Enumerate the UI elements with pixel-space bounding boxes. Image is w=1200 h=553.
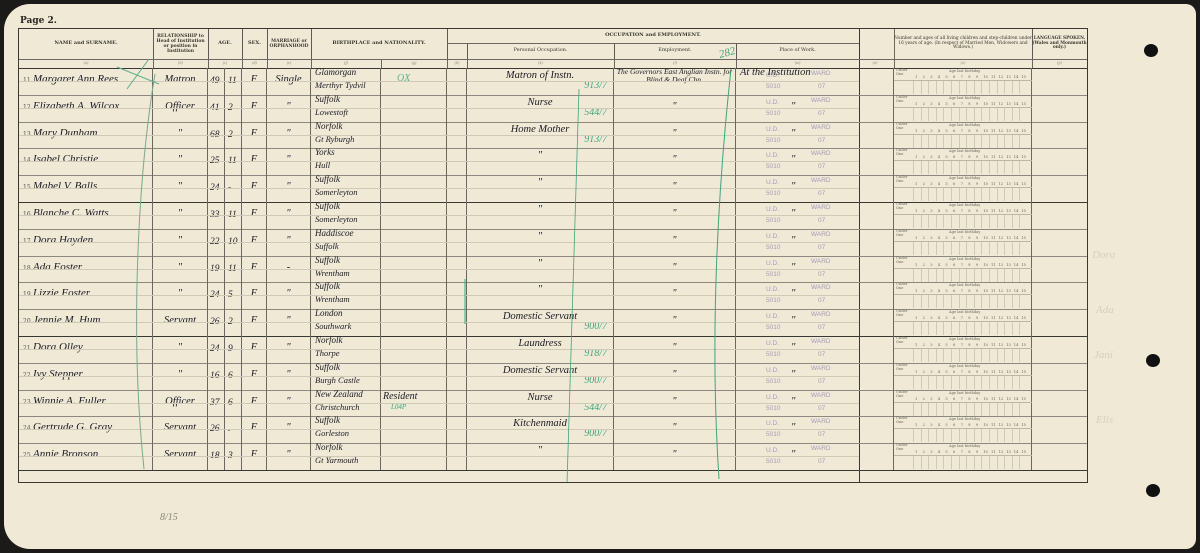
child-age-col: 5 [945,182,947,186]
child-age-col: 3 [930,316,932,320]
child-age-col: 5 [945,102,947,106]
child-age-col: 4 [938,155,940,159]
child-age-col: 9 [976,289,978,293]
blank-n-cell [856,416,894,443]
child-age-col: 9 [976,450,978,454]
child-age-col: 9 [976,316,978,320]
under-one-label: Under One [896,69,910,77]
child-age-col: 8 [968,370,970,374]
child-age-col: 15 [1021,102,1026,106]
children-row: Under One Age last birthday 123456789101… [856,282,1087,310]
child-age-col: 9 [976,182,978,186]
child-age-col: 8 [968,75,970,79]
language-cell [1032,175,1087,202]
binder-hole [1146,484,1160,497]
child-age-col: 11 [991,289,996,293]
child-age-col: 15 [1021,155,1026,159]
census-page: Page 2. Dora Ada Jani Elis NAME and SURN… [4,4,1196,549]
child-age-col: 9 [976,397,978,401]
child-age-col: 8 [968,102,970,106]
child-age-col: 10 [983,75,988,79]
blank-n-cell [856,175,894,202]
child-age-col: 6 [953,370,955,374]
age-last-birthday-label: Age last birthday [949,364,980,368]
children-ages-cell: Under One Age last birthday 123456789101… [894,256,1032,283]
bleed-through-text: Ada [1096,304,1114,316]
child-age-col: 1 [915,155,917,159]
children-ages-cell: Under One Age last birthday 123456789101… [894,229,1032,256]
children-ages-cell: Under One Age last birthday 123456789101… [894,443,1032,470]
child-age-col: 5 [945,263,947,267]
child-age-col: 4 [938,370,940,374]
child-age-col: 7 [961,289,963,293]
age-last-birthday-label: Age last birthday [949,96,980,100]
child-age-col: 5 [945,129,947,133]
child-age-col: 11 [991,182,996,186]
child-age-col: 11 [991,155,996,159]
language-cell [1032,416,1087,443]
age-last-birthday-label: Age last birthday [949,176,980,180]
under-one-label: Under One [896,257,910,265]
child-age-col: 11 [991,370,996,374]
blank-n-cell [856,95,894,122]
child-age-col: 9 [976,343,978,347]
child-age-col: 6 [953,155,955,159]
age-last-birthday-label: Age last birthday [949,69,980,73]
child-age-col: 3 [930,263,932,267]
blank-n-cell [856,390,894,417]
language-cell [1032,336,1087,363]
child-age-col: 14 [1014,343,1019,347]
children-row: Under One Age last birthday 123456789101… [856,229,1087,257]
child-age-col: 2 [923,102,925,106]
child-age-col: 9 [976,129,978,133]
child-age-col: 2 [923,75,925,79]
child-age-col: 8 [968,423,970,427]
under-one-label: Under One [896,391,910,399]
header-blank-n [856,29,895,59]
header-language: LANGUAGE SPOKEN. (Wales and Monmouth onl… [1032,29,1087,59]
child-age-col: 2 [923,423,925,427]
children-ages-cell: Under One Age last birthday 123456789101… [894,68,1032,95]
child-age-col: 13 [1006,75,1011,79]
children-row: Under One Age last birthday 123456789101… [856,363,1087,391]
child-age-col: 6 [953,102,955,106]
child-age-col: 10 [983,209,988,213]
child-age-col: 9 [976,423,978,427]
header-children: Number and ages of all living children a… [894,29,1033,59]
page-label: Page 2. [20,16,57,26]
footer-note: 8/15 [160,512,178,523]
child-age-col: 2 [923,182,925,186]
child-age-col: 6 [953,343,955,347]
child-age-col: 13 [1006,370,1011,374]
child-age-col: 8 [968,182,970,186]
child-age-col: 7 [961,423,963,427]
child-age-col: 14 [1014,129,1019,133]
child-age-col: 8 [968,289,970,293]
child-age-col: 4 [938,423,940,427]
child-age-col: 1 [915,129,917,133]
blank-n-cell [856,363,894,390]
child-age-col: 13 [1006,182,1011,186]
child-age-col: 14 [1014,209,1019,213]
child-age-col: 14 [1014,423,1019,427]
child-age-col: 3 [930,129,932,133]
child-age-col: 11 [991,263,996,267]
under-one-label: Under One [896,364,910,372]
child-age-col: 2 [923,155,925,159]
age-last-birthday-label: Age last birthday [949,283,980,287]
child-age-col: 4 [938,236,940,240]
language-cell [1032,309,1087,336]
child-age-col: 8 [968,450,970,454]
child-age-col: 3 [930,102,932,106]
children-row: Under One Age last birthday 123456789101… [856,148,1087,176]
child-age-col: 4 [938,450,940,454]
children-ages-cell: Under One Age last birthday 123456789101… [894,175,1032,202]
age-last-birthday-label: Age last birthday [949,310,980,314]
child-age-col: 6 [953,289,955,293]
blank-n-cell [856,443,894,470]
child-age-col: 3 [930,182,932,186]
child-age-col: 7 [961,397,963,401]
child-age-col: 9 [976,75,978,79]
census-table: NAME and SURNAME. RELATIONSHIP to Head o… [18,28,860,483]
child-age-col: 9 [976,155,978,159]
child-age-col: 3 [930,450,932,454]
child-age-col: 3 [930,397,932,401]
child-age-col: 8 [968,236,970,240]
child-age-col: 5 [945,209,947,213]
child-age-col: 15 [1021,129,1026,133]
child-age-col: 7 [961,75,963,79]
age-last-birthday-label: Age last birthday [949,230,980,234]
child-age-col: 8 [968,129,970,133]
language-cell [1032,390,1087,417]
child-age-col: 2 [923,209,925,213]
child-age-col: 8 [968,316,970,320]
child-age-col: 14 [1014,102,1019,106]
blank-n-cell [856,202,894,229]
child-age-col: 1 [915,450,917,454]
child-age-col: 5 [945,343,947,347]
child-age-col: 7 [961,236,963,240]
language-cell [1032,122,1087,149]
child-age-col: 2 [923,236,925,240]
child-age-col: 15 [1021,450,1026,454]
bleed-through-text: Dora [1092,249,1115,261]
child-age-col: 7 [961,343,963,347]
child-age-col: 13 [1006,263,1011,267]
child-age-col: 4 [938,397,940,401]
under-one-label: Under One [896,230,910,238]
child-age-col: 1 [915,397,917,401]
child-age-col: 9 [976,236,978,240]
language-cell [1032,443,1087,470]
language-cell [1032,202,1087,229]
child-age-col: 4 [938,263,940,267]
child-age-col: 12 [999,236,1004,240]
child-age-col: 10 [983,450,988,454]
language-cell [1032,363,1087,390]
child-age-col: 12 [999,129,1004,133]
age-last-birthday-label: Age last birthday [949,391,980,395]
child-age-col: 5 [945,370,947,374]
child-age-col: 11 [991,423,996,427]
child-age-col: 8 [968,343,970,347]
child-age-col: 9 [976,209,978,213]
child-age-col: 8 [968,397,970,401]
child-age-col: 14 [1014,316,1019,320]
child-age-col: 1 [915,370,917,374]
child-age-col: 8 [968,155,970,159]
language-cell [1032,148,1087,175]
child-age-col: 10 [983,370,988,374]
child-age-col: 5 [945,316,947,320]
under-one-label: Under One [896,96,910,104]
child-age-col: 5 [945,236,947,240]
child-age-col: 2 [923,289,925,293]
children-language-section: Number and ages of all living children a… [856,28,1088,483]
blank-n-cell [856,122,894,149]
language-cell [1032,256,1087,283]
language-cell [1032,282,1087,309]
child-age-col: 5 [945,75,947,79]
blank-n-cell [856,282,894,309]
under-one-label: Under One [896,123,910,131]
child-age-col: 13 [1006,236,1011,240]
child-age-col: 7 [961,450,963,454]
child-age-col: 11 [991,209,996,213]
children-ages-cell: Under One Age last birthday 123456789101… [894,390,1032,417]
child-age-col: 6 [953,316,955,320]
children-ages-cell: Under One Age last birthday 123456789101… [894,309,1032,336]
child-age-col: 10 [983,155,988,159]
children-row: Under One Age last birthday 123456789101… [856,416,1087,444]
age-last-birthday-label: Age last birthday [949,417,980,421]
child-age-col: 12 [999,397,1004,401]
child-age-col: 3 [930,343,932,347]
blank-n-cell [856,229,894,256]
child-age-col: 12 [999,289,1004,293]
child-age-col: 15 [1021,397,1026,401]
child-age-col: 4 [938,343,940,347]
binder-hole [1144,44,1158,57]
children-row: Under One Age last birthday 123456789101… [856,390,1087,418]
age-last-birthday-label: Age last birthday [949,337,980,341]
under-one-label: Under One [896,203,910,211]
child-age-col: 12 [999,155,1004,159]
children-row: Under One Age last birthday 123456789101… [856,443,1087,471]
child-age-col: 10 [983,397,988,401]
child-age-col: 14 [1014,155,1019,159]
children-ages-cell: Under One Age last birthday 123456789101… [894,202,1032,229]
child-age-col: 1 [915,263,917,267]
child-age-col: 15 [1021,423,1026,427]
child-age-col: 10 [983,102,988,106]
child-age-col: 12 [999,102,1004,106]
child-age-col: 10 [983,129,988,133]
child-age-col: 6 [953,450,955,454]
child-age-col: 15 [1021,343,1026,347]
bleed-through-text: Jani [1094,349,1113,361]
child-age-col: 15 [1021,263,1026,267]
age-last-birthday-label: Age last birthday [949,203,980,207]
child-age-col: 10 [983,423,988,427]
child-age-col: 12 [999,316,1004,320]
child-age-col: 14 [1014,289,1019,293]
child-age-col: 13 [1006,289,1011,293]
children-ages-cell: Under One Age last birthday 123456789101… [894,148,1032,175]
children-row: Under One Age last birthday 123456789101… [856,336,1087,364]
child-age-col: 13 [1006,129,1011,133]
child-age-col: 1 [915,289,917,293]
child-age-col: 11 [991,75,996,79]
child-age-col: 2 [923,316,925,320]
under-one-label: Under One [896,176,910,184]
child-age-col: 1 [915,102,917,106]
child-age-col: 1 [915,236,917,240]
child-age-col: 1 [915,182,917,186]
child-age-col: 4 [938,209,940,213]
age-last-birthday-label: Age last birthday [949,149,980,153]
child-age-col: 3 [930,209,932,213]
language-cell [1032,68,1087,95]
child-age-col: 13 [1006,102,1011,106]
child-age-col: 6 [953,236,955,240]
child-age-col: 2 [923,263,925,267]
child-age-col: 7 [961,209,963,213]
child-age-col: 12 [999,343,1004,347]
child-age-col: 1 [915,423,917,427]
child-age-col: 15 [1021,182,1026,186]
child-age-col: 3 [930,236,932,240]
child-age-col: 7 [961,182,963,186]
child-age-col: 1 [915,209,917,213]
under-one-label: Under One [896,283,910,291]
child-age-col: 13 [1006,397,1011,401]
child-age-col: 6 [953,182,955,186]
child-age-col: 15 [1021,236,1026,240]
child-age-col: 3 [930,289,932,293]
child-age-col: 15 [1021,75,1026,79]
child-age-col: 3 [930,75,932,79]
language-cell [1032,229,1087,256]
under-one-label: Under One [896,337,910,345]
child-age-col: 13 [1006,423,1011,427]
child-age-col: 6 [953,75,955,79]
child-age-col: 13 [1006,343,1011,347]
child-age-col: 11 [991,450,996,454]
birth-mark: OX [397,73,411,84]
child-age-col: 4 [938,182,940,186]
child-age-col: 14 [1014,397,1019,401]
child-age-col: 12 [999,263,1004,267]
child-age-col: 13 [1006,316,1011,320]
child-age-col: 9 [976,370,978,374]
children-ages-cell: Under One Age last birthday 123456789101… [894,282,1032,309]
blank-n-cell [856,68,894,95]
child-age-col: 6 [953,209,955,213]
child-age-col: 13 [1006,155,1011,159]
child-age-col: 11 [991,236,996,240]
child-age-col: 11 [991,129,996,133]
child-age-col: 10 [983,182,988,186]
child-age-col: 4 [938,129,940,133]
child-age-col: 12 [999,423,1004,427]
child-age-col: 5 [945,450,947,454]
child-age-col: 11 [991,102,996,106]
child-age-col: 9 [976,263,978,267]
blank-n-cell [856,336,894,363]
child-age-col: 8 [968,209,970,213]
age-last-birthday-label: Age last birthday [949,444,980,448]
child-age-col: 14 [1014,450,1019,454]
children-row: Under One Age last birthday 123456789101… [856,309,1087,337]
blank-n-cell [856,148,894,175]
under-one-label: Under One [896,310,910,318]
pencil-annotations: OX [19,29,859,482]
children-ages-cell: Under One Age last birthday 123456789101… [894,416,1032,443]
child-age-col: 12 [999,209,1004,213]
child-age-col: 5 [945,397,947,401]
child-age-col: 6 [953,397,955,401]
under-one-label: Under One [896,444,910,452]
child-age-col: 15 [1021,316,1026,320]
child-age-col: 14 [1014,263,1019,267]
binder-hole [1146,354,1160,367]
child-age-col: 15 [1021,209,1026,213]
child-age-col: 12 [999,370,1004,374]
child-age-col: 2 [923,397,925,401]
child-age-col: 14 [1014,370,1019,374]
child-age-col: 3 [930,155,932,159]
child-age-col: 4 [938,289,940,293]
child-age-col: 9 [976,102,978,106]
children-ages-cell: Under One Age last birthday 123456789101… [894,95,1032,122]
children-ages-cell: Under One Age last birthday 123456789101… [894,336,1032,363]
child-age-col: 12 [999,182,1004,186]
child-age-col: 6 [953,129,955,133]
age-last-birthday-label: Age last birthday [949,257,980,261]
blank-n-cell [856,309,894,336]
child-age-col: 15 [1021,370,1026,374]
child-age-col: 7 [961,370,963,374]
child-age-col: 11 [991,316,996,320]
child-age-col: 8 [968,263,970,267]
child-age-col: 10 [983,289,988,293]
child-age-col: 10 [983,343,988,347]
child-age-col: 5 [945,423,947,427]
child-age-col: 3 [930,423,932,427]
child-age-col: 14 [1014,75,1019,79]
child-age-col: 7 [961,316,963,320]
child-age-col: 13 [1006,209,1011,213]
bleed-through-text: Elis [1096,414,1113,426]
blank-n-cell [856,256,894,283]
child-age-col: 7 [961,129,963,133]
child-age-col: 11 [991,343,996,347]
child-age-col: 7 [961,155,963,159]
children-row: Under One Age last birthday 123456789101… [856,68,1087,96]
under-one-label: Under One [896,149,910,157]
child-age-col: 1 [915,316,917,320]
language-cell [1032,95,1087,122]
children-ages-cell: Under One Age last birthday 123456789101… [894,363,1032,390]
child-age-col: 4 [938,102,940,106]
child-age-col: 2 [923,343,925,347]
